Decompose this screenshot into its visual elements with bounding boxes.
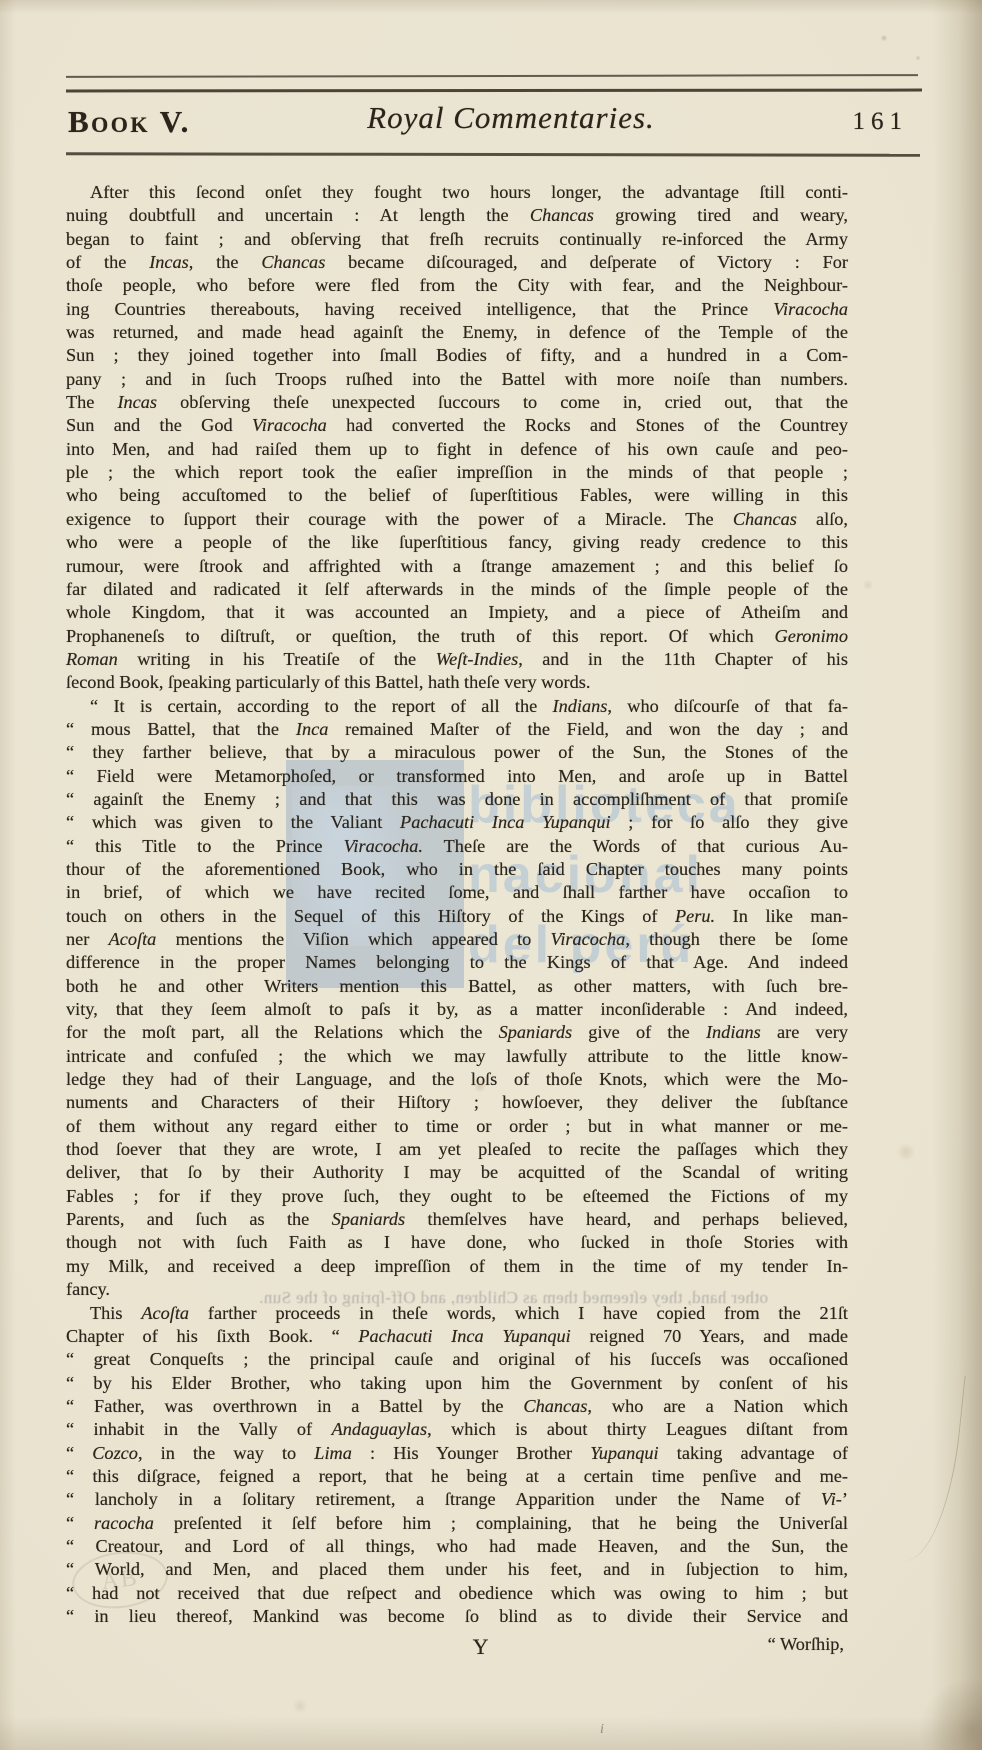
book-page-scan: biblioteca nacional del perú other hand,… [0,0,982,1750]
text-line: Sun ; they joined together into ſmall Bo… [66,344,848,367]
text-line: Fables ; for if they prove ſuch, they ou… [66,1185,848,1208]
text-line: ing Countries thereabouts, having receiv… [66,298,848,321]
page-edge-shadow-left [0,0,16,1750]
text-line: difference in the proper Names belonging… [66,951,848,974]
text-line: nuing doubtfull and uncertain : At lengt… [66,204,848,227]
text-line: “ It is certain, according to the report… [66,695,848,718]
text-line: “ Father, was overthrown in a Battel by … [66,1395,848,1418]
page-edge-shadow-bottom [0,1716,982,1750]
text-line: “ they farther believe, that by a miracu… [66,741,848,764]
page-crease [887,1369,966,1564]
text-line: The Incas obſerving theſe unexpected ſuc… [66,391,848,414]
text-line: “ World, and Men, and placed them under … [66,1558,848,1581]
text-line: began to faint ; and obſerving that freſ… [66,228,848,251]
text-line: in brief, of which we have recited ſome,… [66,881,848,904]
signature-mark: Y [473,1634,489,1660]
text-line: “ this Title to the Prince Viracocha. Th… [66,835,848,858]
text-line: who were a people of the like ſuperſtiti… [66,531,848,554]
text-line: numents and Characters of their Hiſtory … [66,1091,848,1114]
text-line: “ had not received that due reſpect and … [66,1582,848,1605]
text-line: pany ; and in ſuch Troops ruſhed into th… [66,368,848,391]
header-rule-top-thick [66,89,922,93]
text-line: “ lancholy in a ſolitary retirement, a ſ… [66,1488,848,1511]
text-line: ner Acoſta mentions the Viſion which app… [66,928,848,951]
text-line: touch on others in the Sequel of this Hi… [66,905,848,928]
text-line: deliver, that ſo by their Authority I ma… [66,1161,848,1184]
text-line: ledge they had of their Language, and th… [66,1068,848,1091]
header-rule-top-thin [66,74,918,78]
text-line: “ Field were Metamorphoſed, or transform… [66,765,848,788]
catch-row: Y “ Worſhip, [66,1634,848,1662]
text-line: “ which was given to the Valiant Pachacu… [66,811,848,834]
text-line: of them without any regard either to tim… [66,1115,848,1138]
text-line: Chapter of his ſixth Book. “ Pachacuti I… [66,1325,848,1348]
body-text: After this ſecond onſet they fought two … [66,181,848,1662]
running-head: Book V. Royal Commentaries. 161 [66,96,922,152]
text-line: far dilated and radicated it ſelf afterw… [66,578,848,601]
text-line: “ in lieu thereof, Mankind was become ſo… [66,1605,848,1628]
stray-ink-mark: i [600,1722,604,1738]
text-line: thoſe people, who before were fled from … [66,274,848,297]
text-line: whole Kingdom, that it was accounted an … [66,601,848,624]
text-line: “ racocha preſented it ſelf before him ;… [66,1512,848,1535]
text-line: rumour, were ſtrook and affrighted with … [66,555,848,578]
page-number: 161 [853,108,909,136]
text-line: intricate and confuſed ; the which we ma… [66,1045,848,1068]
text-line: ſecond Book, ſpeaking particularly of th… [66,671,848,694]
text-line: my Milk, and received a deep impreſſion … [66,1255,848,1278]
catchword: “ Worſhip, [768,1634,844,1655]
text-line: “ Cozco, in the way to Lima : His Younge… [66,1442,848,1465]
text-line: was returned, and made head againſt the … [66,321,848,344]
text-line: vity, that they ſeem almoſt to paſs it b… [66,998,848,1021]
text-line: Sun and the God Viracocha had converted … [66,414,848,437]
text-line: Parents, and ſuch as the Spaniards themſ… [66,1208,848,1231]
text-line: into Men, and had raiſed them up to figh… [66,438,848,461]
text-line: thod ſoever that they are wrote, I am ye… [66,1138,848,1161]
text-line: thour of the aforementioned Book, who in… [66,858,848,881]
text-line: Roman writing in his Treatiſe of the Weſ… [66,648,848,671]
text-line: exigence to ſupport their courage with t… [66,508,848,531]
text-line: “ inhabit in the Vally of Andaguaylas, w… [66,1418,848,1441]
text-line: “ by his Elder Brother, who taking upon … [66,1372,848,1395]
text-line: Prophaneneſs to diſtruſt, or queſtion, t… [66,625,848,648]
page-title: Royal Commentaries. [296,100,726,136]
text-line: “ this diſgrace, feigned a report, that … [66,1465,848,1488]
text-line: After this ſecond onſet they fought two … [66,181,848,204]
text-line: “ great Conqueſts ; the principal cauſe … [66,1348,848,1371]
text-line: of the Incas, the Chancas became diſcour… [66,251,848,274]
header-rule-bottom [66,152,920,156]
book-label: Book V. [68,104,191,140]
text-line: This Acoſta farther proceeds in theſe wo… [66,1302,848,1325]
text-line: “ mous Battel, that the Inca remained Ma… [66,718,848,741]
text-line: both he and other Writers mention this B… [66,975,848,998]
text-line: for the moſt part, all the Relations whi… [66,1021,848,1044]
text-line: “ againſt the Enemy ; and that this was … [66,788,848,811]
text-line: “ Creatour, and Lord of all things, who … [66,1535,848,1558]
text-line: who being accuſtomed to the belief of ſu… [66,484,848,507]
page-edge-shadow-top [0,0,982,14]
text-line: fancy. [66,1278,848,1301]
text-line: though not with ſuch Faith as I have don… [66,1231,848,1254]
page-edge-shadow-right [932,0,982,1750]
text-line: ple ; the which report took the eaſier i… [66,461,848,484]
